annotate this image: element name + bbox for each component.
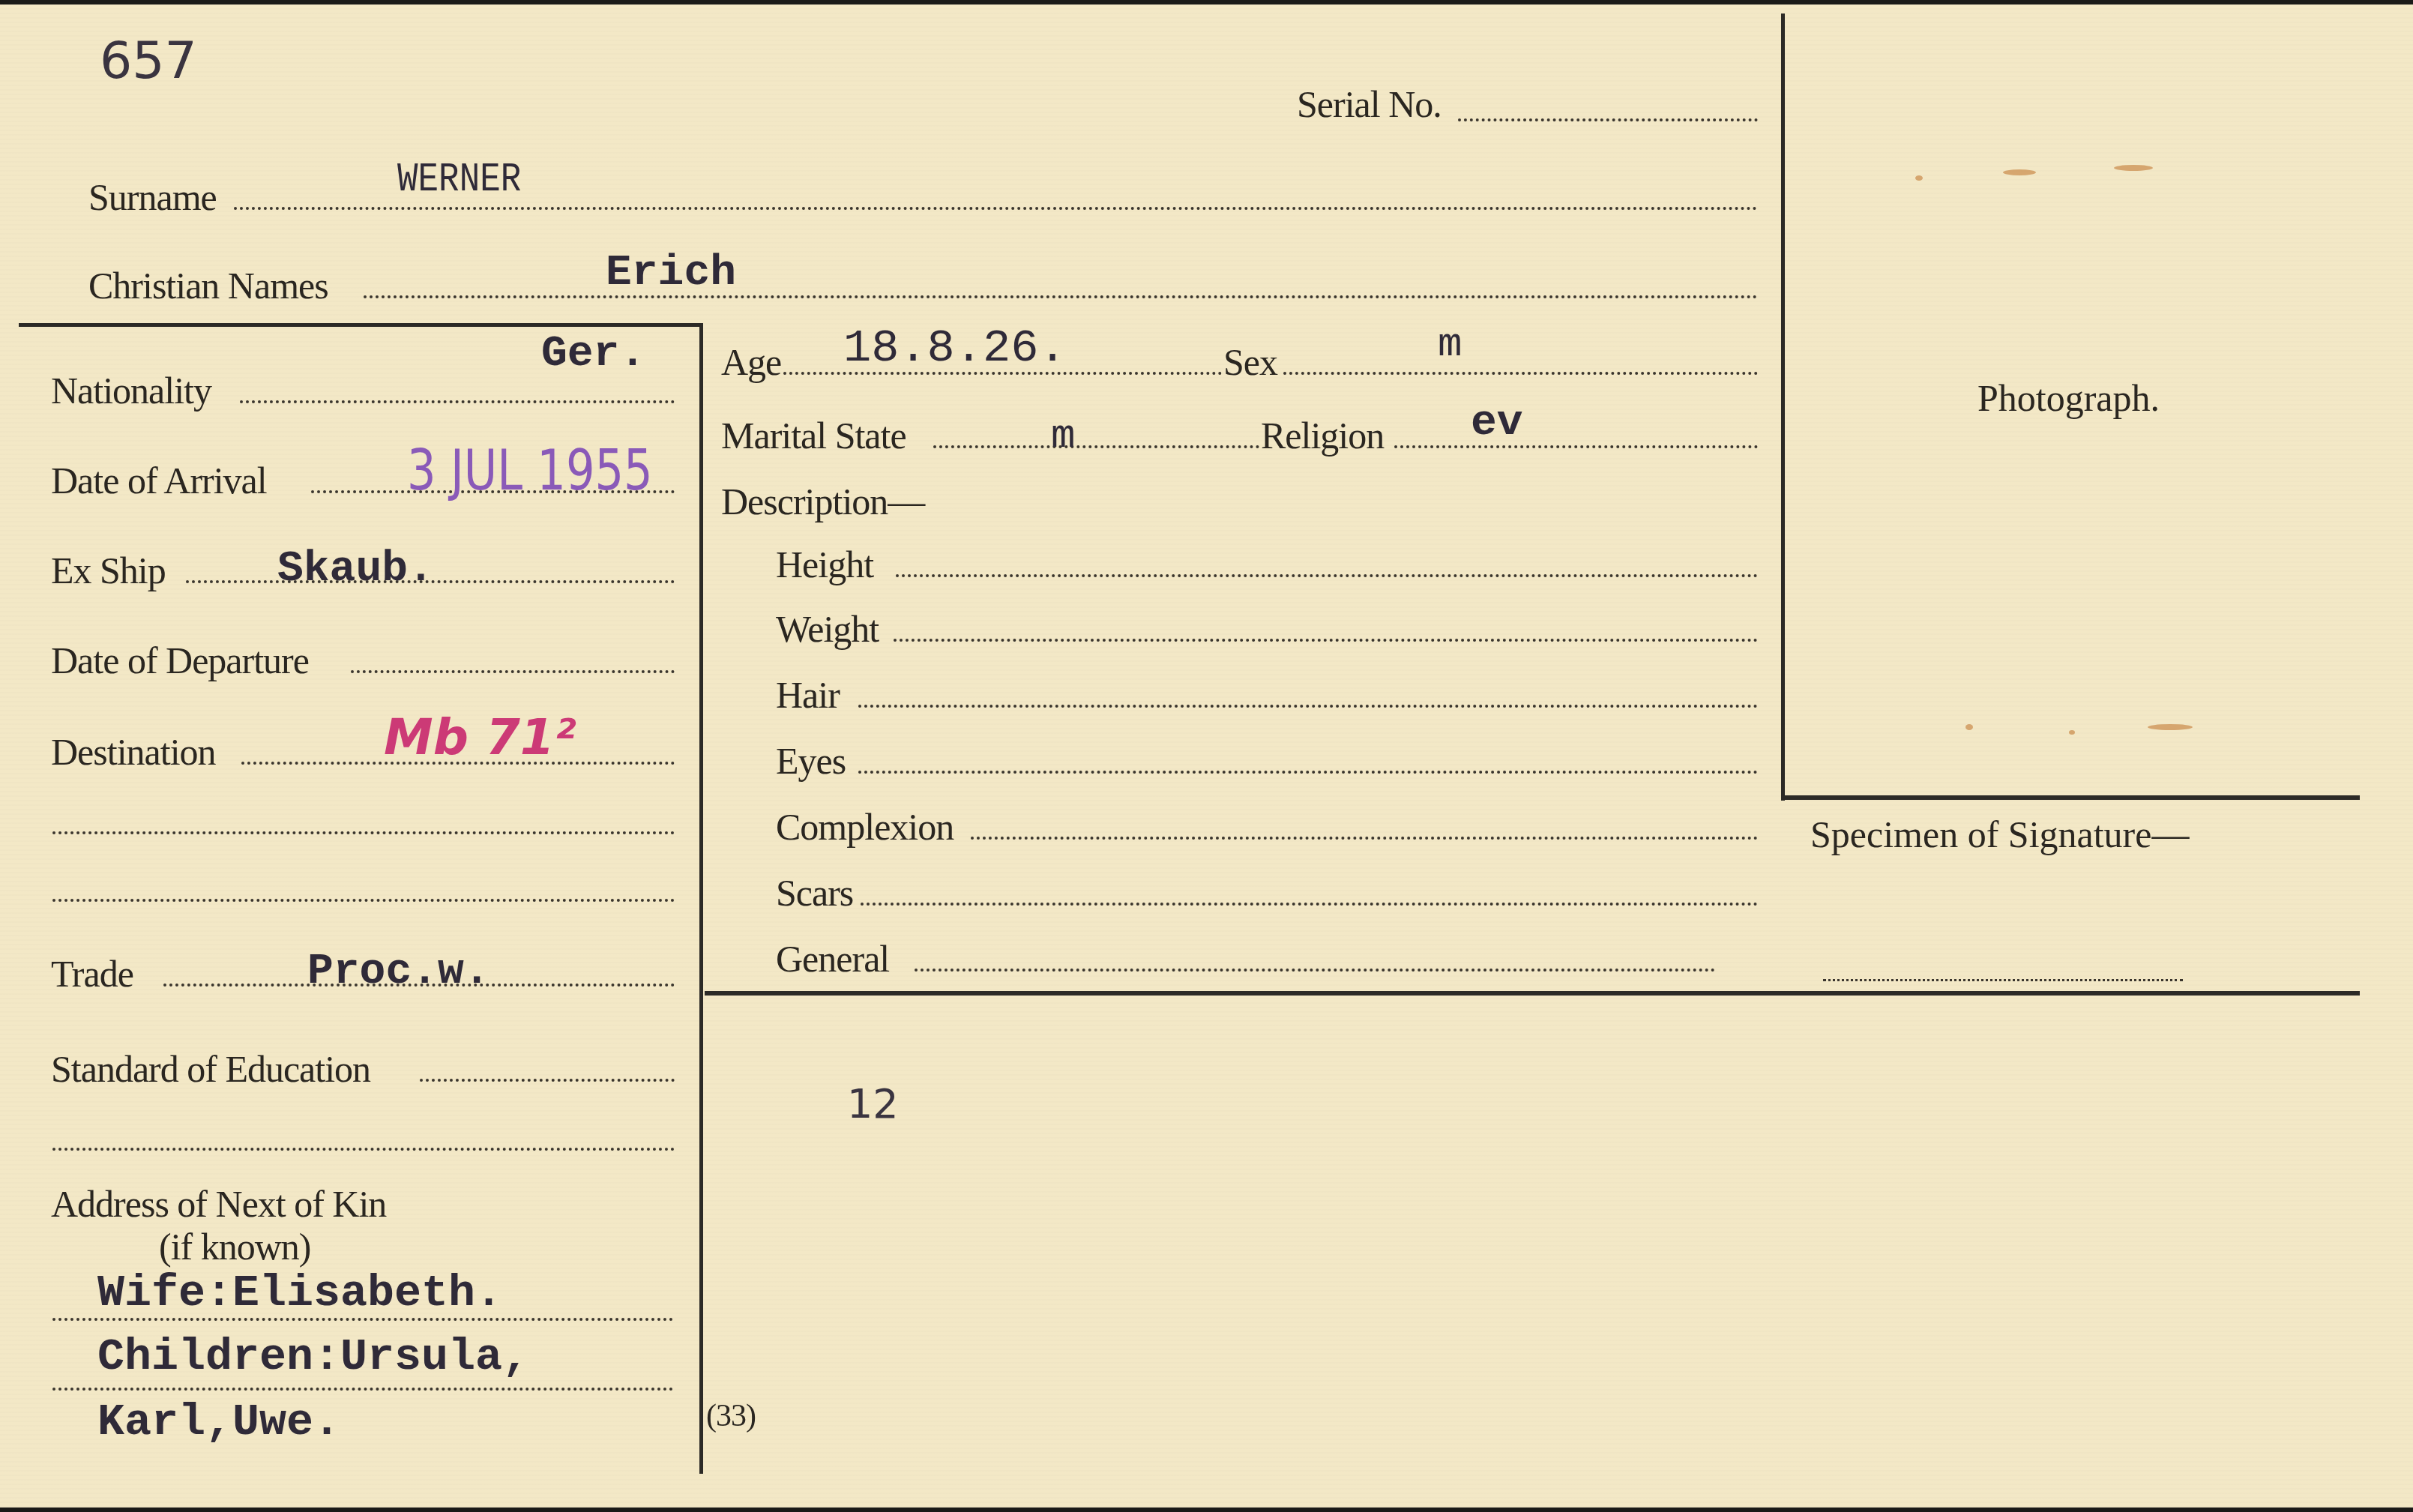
eyes-label: Eyes (776, 742, 846, 780)
date-of-departure-label: Date of Departure (51, 642, 309, 679)
next-of-kin-line-3: Karl,Uwe. (97, 1400, 340, 1445)
complexion-label: Complexion (776, 808, 954, 846)
weight-field (894, 639, 1758, 642)
religion-value: ev (1471, 402, 1523, 445)
card-number: 657 (100, 36, 197, 87)
date-of-departure-field (351, 670, 675, 673)
religion-label: Religion (1261, 417, 1384, 454)
general-label: General (776, 940, 889, 978)
eyes-field (858, 771, 1758, 774)
next-of-kin-line-1: Wife:Elisabeth. (97, 1271, 502, 1316)
christian-names-field (364, 295, 1758, 298)
form-code: (33) (706, 1400, 756, 1432)
trade-value: Proc.w. (307, 951, 490, 994)
glue-stain (2003, 169, 2036, 175)
next-of-kin-line-2: Children:Ursula, (97, 1335, 529, 1380)
age-value: 18.8.26. (843, 325, 1067, 372)
height-label: Height (776, 546, 873, 583)
destination-field-line-2 (52, 831, 675, 834)
standard-of-education-field (420, 1079, 675, 1082)
destination-label: Destination (51, 733, 216, 771)
nationality-label: Nationality (51, 372, 211, 409)
nationality-field (240, 400, 675, 403)
glue-stain (1965, 724, 1973, 730)
complexion-field (971, 837, 1758, 840)
next-of-kin-field-2 (52, 1388, 673, 1391)
general-field (915, 969, 1715, 972)
nationality-value: Ger. (541, 333, 645, 376)
scars-field (861, 903, 1758, 906)
divider-photo-bottom (1781, 795, 2360, 800)
scars-label: Scars (776, 874, 853, 912)
religion-field (1394, 445, 1758, 448)
weight-label: Weight (776, 610, 879, 648)
surname-value: WERNER (397, 160, 521, 201)
date-of-arrival-label: Date of Arrival (51, 462, 267, 499)
standard-of-education-label: Standard of Education (51, 1050, 370, 1088)
photograph-label: Photograph. (1977, 379, 2160, 417)
sex-label: Sex (1223, 343, 1277, 381)
destination-value: Mb 71² (384, 713, 576, 762)
destination-field-line-3 (52, 899, 675, 902)
glue-stain (2148, 724, 2193, 730)
serial-no-label: Serial No. (1297, 85, 1442, 123)
height-field (896, 574, 1758, 577)
divider-photo-vertical (1781, 13, 1785, 801)
next-of-kin-label: Address of Next of Kin (51, 1185, 386, 1223)
marital-state-label: Marital State (721, 417, 906, 454)
signature-label: Specimen of Signature— (1810, 816, 2189, 853)
ex-ship-value: Skaub. (277, 548, 434, 591)
divider-description-bottom (705, 991, 2360, 996)
hair-field (858, 705, 1758, 708)
sex-value: m (1438, 325, 1462, 366)
ex-ship-label: Ex Ship (51, 552, 166, 589)
standard-of-education-field-line-2 (52, 1148, 675, 1151)
marital-state-value: m (1051, 417, 1075, 457)
divider-top-left (19, 323, 702, 327)
surname-field (234, 207, 1758, 210)
serial-no-field (1458, 118, 1758, 121)
date-of-arrival-stamp: 3 JUL 1955 (407, 443, 653, 499)
age-label: Age (721, 343, 781, 381)
hair-label: Hair (776, 676, 840, 714)
christian-names-value: Erich (606, 252, 736, 295)
note-number: 12 (847, 1084, 899, 1124)
glue-stain (2069, 730, 2075, 735)
trade-label: Trade (51, 955, 133, 993)
glue-stain (2114, 165, 2153, 171)
sex-field (1283, 372, 1758, 375)
surname-label: Surname (88, 178, 217, 216)
glue-stain (1915, 175, 1923, 181)
marital-state-field (933, 445, 1259, 448)
next-of-kin-sublabel: (if known) (159, 1228, 310, 1265)
description-heading: Description— (721, 483, 924, 520)
christian-names-label: Christian Names (88, 267, 328, 304)
next-of-kin-field-1 (52, 1318, 673, 1321)
signature-field (1823, 979, 2183, 981)
divider-vertical-left (699, 323, 703, 1474)
registration-card: 657 Serial No. Surname WERNER Christian … (0, 4, 2413, 1508)
